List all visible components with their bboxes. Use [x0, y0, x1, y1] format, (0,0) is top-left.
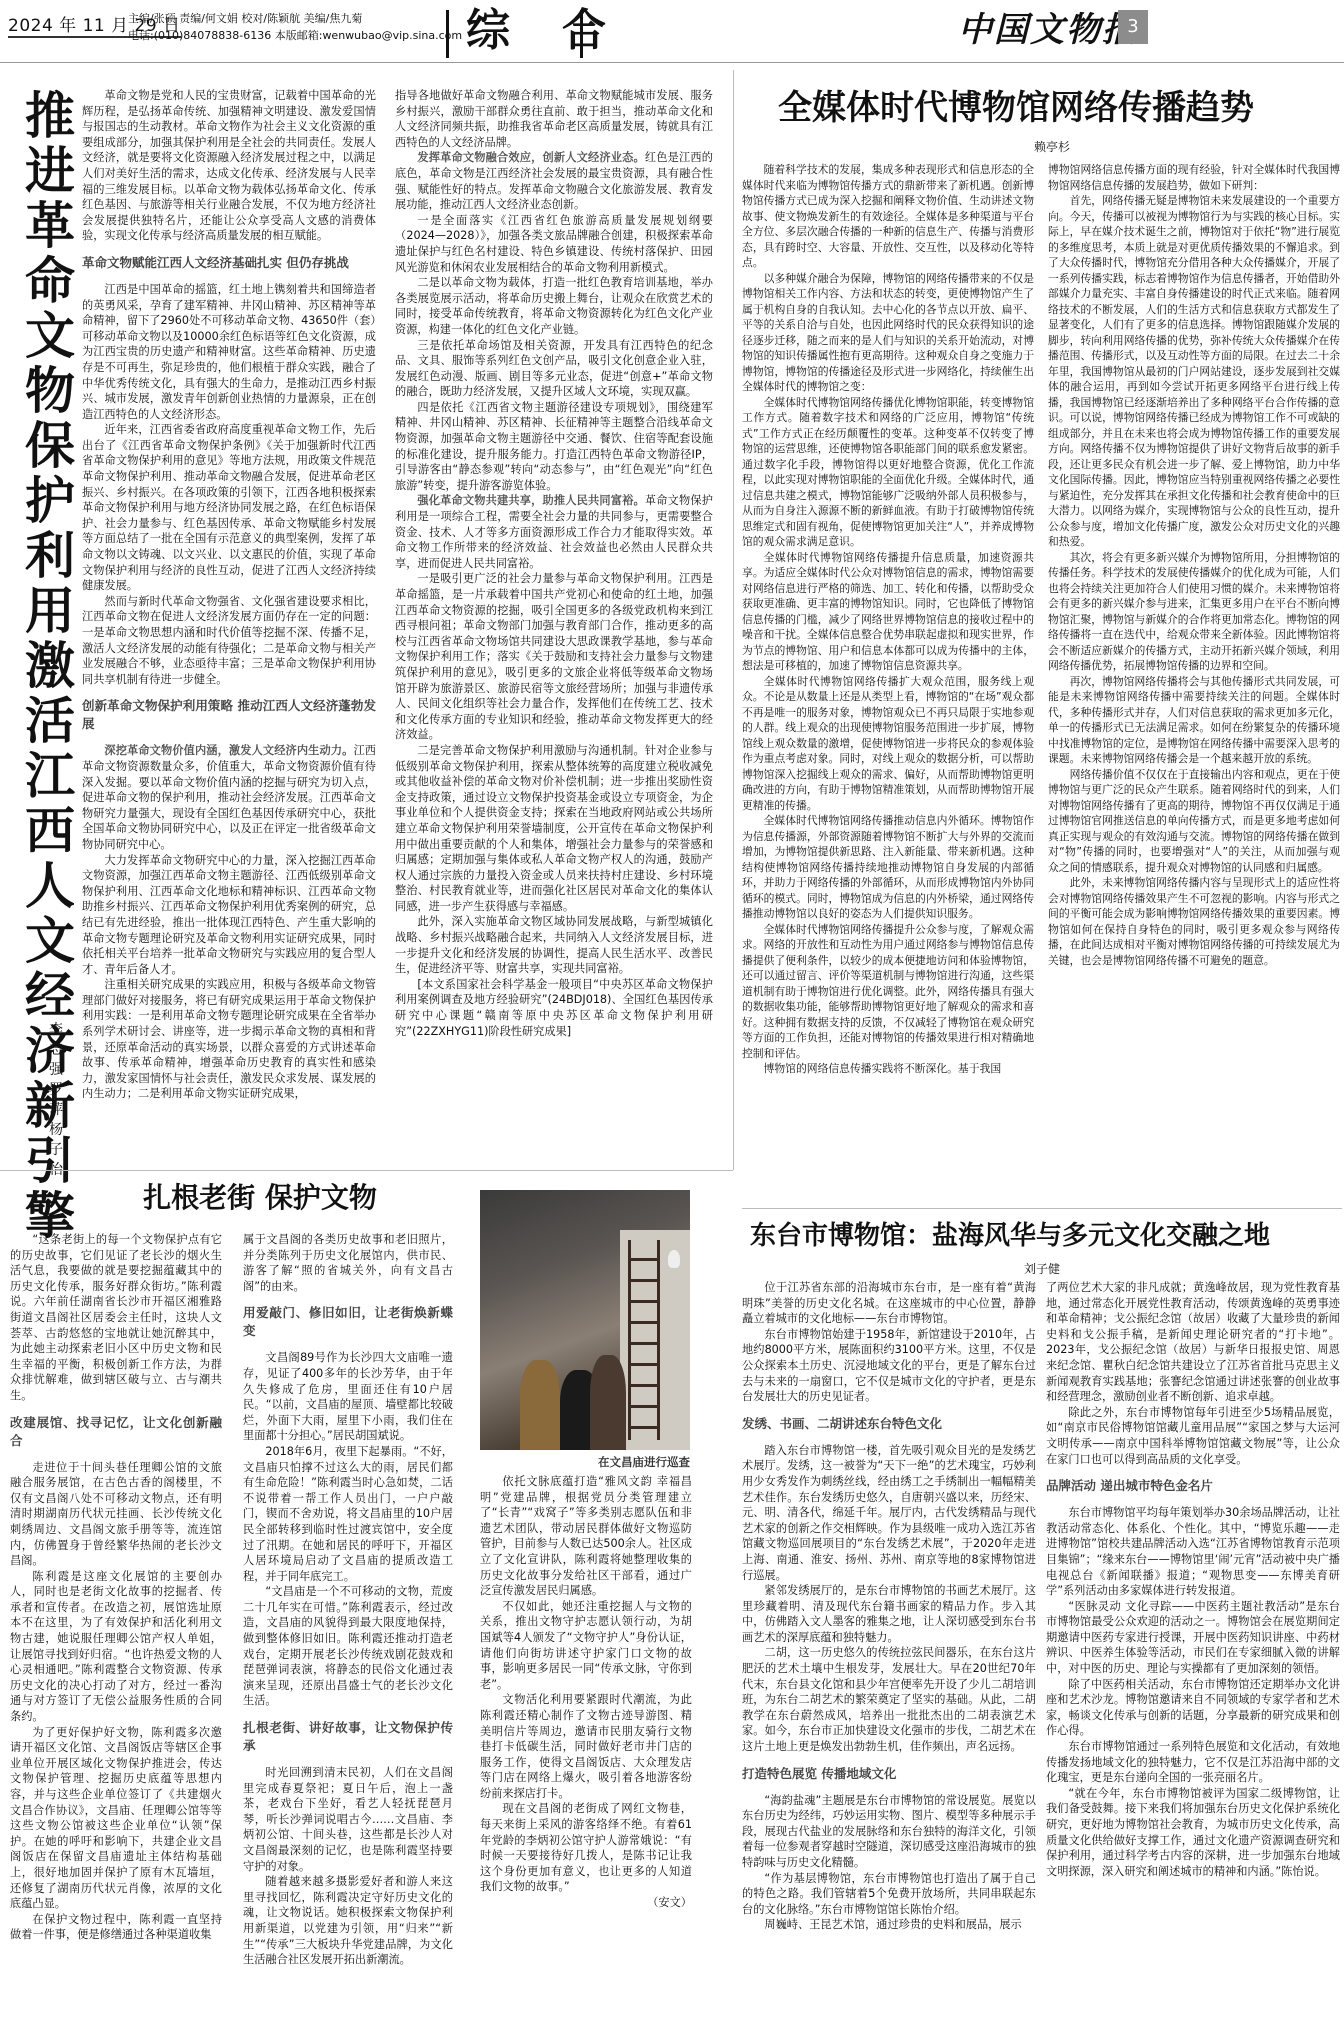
paragraph-text: 位于江苏省东部的沿海城市东台市，是一座有着“黄海明珠”美誉的历史文化名城。在这座… [742, 1281, 1036, 1325]
paragraph-text: “海韵盐魂”主题展是东台市博物馆的常设展览。展览以东台历史为经纬，巧妙运用实物、… [742, 1794, 1036, 1869]
paragraph: 除了中医药相关活动，东台市博物馆还定期举办文化讲座和艺术沙龙。博物馆邀请来自不同… [1046, 1677, 1340, 1739]
subheading: 改建展馆、找寻记忆，让文化创新融合 [10, 1414, 222, 1450]
article-signature: （安文） [480, 1895, 692, 1911]
subheading: 品牌活动 递出城市特色金名片 [1046, 1477, 1340, 1495]
paragraph-text: 文昌阁89号作为长沙四大文庙唯一遗存，见证了400多年的长沙芳华，由于年久失修成… [243, 1351, 453, 1442]
photo-ladder [628, 1240, 660, 1440]
article4-column-1: 位于江苏省东部的沿海城市东台市，是一座有着“黄海明珠”美誉的历史文化名城。在这座… [742, 1280, 1036, 1933]
paragraph: 为了更好保护好文物，陈利霞多次邀请开福区文化馆、文昌阁饭店等辖区企事业单位开展区… [10, 1725, 222, 1912]
subheading: 用爱敲门、修旧如旧，让老街焕新蝶变 [243, 1304, 453, 1340]
paragraph: 二胡，这一历史悠久的传统拉弦民间器乐，在东台这片肥沃的艺术土壤中生根发芽，发展壮… [742, 1645, 1036, 1754]
subheading: 革命文物赋能江西人文经济基础扎实 但仍存挑战 [82, 254, 376, 272]
paragraph: 首先，网络传播无疑是博物馆未来发展建设的一个重要方向。今天，传播可以被视为博物馆… [1048, 193, 1340, 550]
paragraph-text: 近年来，江西省委省政府高度重视革命文物工作，先后出台了《江西省革命文物保护条例》… [82, 423, 376, 592]
paragraph: 东台市博物馆始建于1958年，新馆建设于2010年，占地约8000平方米，展陈面… [742, 1327, 1036, 1405]
paragraph: “文昌庙是一个不可移动的文物，荒废二十几年实在可惜。”陈利霞表示，经过改造，文昌… [243, 1584, 453, 1709]
page-number-badge: 3 [1118, 10, 1148, 44]
paragraph: 深挖革命文物价值内涵，激发人文经济内生动力。江西革命文物资源数量众多，价值重大，… [82, 743, 376, 852]
paragraph: 注重相关研究成果的实践应用，积极与各级革命文物管理部门做好对接服务，将已有研究成… [82, 977, 376, 1102]
paragraph: 一是全面落实《江西省红色旅游高质量发展规划纲要（2024—2028）》，加强各类… [395, 213, 713, 275]
paragraph: “作为基层博物馆，东台市博物馆也打造出了属于自己的特色之路。我们管辖着5个免费开… [742, 1871, 1036, 1918]
photo-lamp [668, 1250, 680, 1268]
paragraph-text: “就在今年，东台市博物馆被评为国家二级博物馆，让我们备受鼓舞。接下来我们将加强东… [1046, 1787, 1340, 1878]
editorial-credits: 主编/张硕 责编/何文娟 校对/陈颖航 美编/焦九菊 电话:(010)84078… [128, 10, 462, 44]
paragraph: “就在今年，东台市博物馆被评为国家二级博物馆，让我们备受鼓舞。接下来我们将加强东… [1046, 1786, 1340, 1880]
paragraph: 陈利霞是这座文化展馆的主要创办人，同时也是老街文化故事的挖掘者、传承者和宣传者。… [10, 1569, 222, 1725]
masthead-divider-right [580, 10, 583, 58]
paragraph-text: “作为基层博物馆，东台市博物馆也打造出了属于自己的特色之路。我们管辖着5个免费开… [742, 1872, 1036, 1916]
subheading: 打造特色展览 传播地域文化 [742, 1765, 1036, 1783]
section-divider-right [742, 1208, 1342, 1209]
article3-column-3: 依托文脉底蕴打造“雅风文韵 幸福昌明”党建品牌，根据党员分类管理建立了“长青”“… [480, 1474, 692, 1911]
credits-contact: 电话:(010)84078838-6136 本版邮箱:wenwubao@vip.… [128, 27, 462, 44]
article1-column-2: 指导各地做好革命文物融合利用、革命文物赋能城市发展、服务乡村振兴，激励干部群众勇… [395, 88, 713, 1039]
paragraph-text: 江西是中国革命的摇篮，红土地上镌刻着共和国缔造者的英勇风采，孕育了建军精神、井冈… [82, 283, 376, 421]
paragraph-text: 属于文昌阁的各类历史故事和老旧照片，并分类陈列于历史文化展馆内，供市民、游客了解… [243, 1233, 453, 1293]
paragraph-text: 大力发挥革命文物研究中心的力量，深入挖掘江西革命文物资源，加强江西革命文物主题游… [82, 854, 376, 976]
paragraph-text: 时光回溯到清末民初，人们在文昌阁里完成春夏祭祀；夏日午后，泡上一盏茶，老戏台下坐… [243, 1766, 453, 1873]
lead-phrase: 深挖革命文物价值内涵，激发人文经济内生动力。 [104, 744, 353, 757]
paragraph-text: 陈利霞是这座文化展馆的主要创办人，同时也是老街文化故事的挖掘者、传承者和宣传者。… [10, 1570, 222, 1723]
paragraph-text: 除了中医药相关活动，东台市博物馆还定期举办文化讲座和艺术沙龙。博物馆邀请来自不同… [1046, 1678, 1340, 1738]
paragraph: 不仅如此，她还注重挖掘人与文物的关系，推出文物守护志愿认领行动，为胡国斌等4人颁… [480, 1599, 692, 1693]
paragraph: 现在文昌阁的老街成了网红文物巷，每天来街上采风的游客络绎不绝。有着61年党龄的李… [480, 1801, 692, 1895]
paragraph-text: 现在文昌阁的老街成了网红文物巷，每天来街上采风的游客络绎不绝。有着61年党龄的李… [480, 1802, 692, 1893]
paragraph-text: 一是吸引更广泛的社会力量参与革命文物保护利用。江西是革命摇篮，是一片承载着中国共… [395, 572, 713, 741]
paragraph-text: 江西革命文物资源数量众多，价值重大，革命文物资源价值有待深入发掘。要以革命文物价… [82, 744, 376, 851]
article3-column-2: 属于文昌阁的各类历史故事和老旧照片，并分类陈列于历史文化展馆内，供市民、游客了解… [243, 1232, 453, 1968]
paragraph: 二是以革命文物为载体，打造一批红色教育培训基地，举办各类展览展示活动，将革命历史… [395, 275, 713, 337]
masthead-rule [0, 62, 1344, 63]
paragraph-text: 2018年6月，夜里下起暴雨。“不好，文昌庙只怕撑不过这么大的雨，居民们都有生命… [243, 1445, 453, 1583]
paragraph: 博物馆网络信息传播方面的现有经验，针对全媒体时代我国博物馆网络信息传播的发展趋势… [1048, 162, 1340, 193]
article1-column-1: 革命文物是党和人民的宝贵财富，记载着中国革命的光辉历程，是弘扬革命传统、加强精神… [82, 88, 376, 1102]
paragraph: 走进位于十间头巷任理卿公馆的文旅融合服务展馆，在古色古香的阁楼里，不仅有文昌阁八… [10, 1460, 222, 1569]
paragraph: 大力发挥革命文物研究中心的力量，深入挖掘江西革命文物资源，加强江西革命文物主题游… [82, 853, 376, 978]
paragraph: 此外，未来博物馆网络传播内容与呈现形式上的适应性将会对博物馆网络传播效果产生不可… [1048, 875, 1340, 968]
paragraph-text: 二是以革命文物为载体，打造一批红色教育培训基地，举办各类展览展示活动，将革命历史… [395, 276, 713, 336]
paragraph-text: 在保护文物过程中，陈利霞一直坚持做着一件事，便是修缮通过各种渠道收集 [10, 1913, 222, 1942]
paragraph: 随着科学技术的发展，集成多种表现形式和信息形态的全媒体时代来临为博物馆传播方式的… [742, 162, 1034, 271]
paragraph: 依托文脉底蕴打造“雅风文韵 幸福昌明”党建品牌，根据党员分类管理建立了“长青”“… [480, 1474, 692, 1599]
paragraph: 时光回溯到清末民初，人们在文昌阁里完成春夏祭祀；夏日午后，泡上一盏茶，老戏台下坐… [243, 1765, 453, 1874]
paragraph: 全媒体时代博物馆网络传播提升信息质量，加速资源共享。为适应全媒体时代公众对博物馆… [742, 550, 1034, 674]
paragraph: 指导各地做好革命文物融合利用、革命文物赋能城市发展、服务乡村振兴，激励干部群众勇… [395, 88, 713, 150]
article4-column-2: 了两位艺术大家的非凡成就；黄逸峰故居，现为党性教育基地，通过常态化开展党性教育活… [1046, 1280, 1340, 1879]
paragraph: 全媒体时代博物馆网络传播提升公众参与度，了解观众需求。网络的开放性和互动性为用户… [742, 922, 1034, 1062]
paragraph-text: 然而与新时代革命文物强省、文化强省建设要求相比，江西革命文物在促进人文经济发展方… [82, 595, 376, 686]
paragraph-text: 不仅如此，她还注重挖掘人与文物的关系，推出文物守护志愿认领行动，为胡国斌等4人颁… [480, 1600, 692, 1691]
paragraph-text: “文昌庙是一个不可移动的文物，荒废二十几年实在可惜。”陈利霞表示，经过改造，文昌… [243, 1585, 453, 1707]
paragraph: 革命文物是党和人民的宝贵财富，记载着中国革命的光辉历程，是弘扬革命传统、加强精神… [82, 88, 376, 244]
article2-byline: 赖亭杉 [760, 138, 1344, 155]
article4-byline: 刘子健 [742, 1260, 1342, 1277]
paragraph: 发挥革命文物融合效应，创新人文经济业态。红色是江西的底色，革命文物是江西经济社会… [395, 150, 713, 212]
paragraph: 紧邻发绣展厅的，是东台市博物馆的书画艺术展厅。这里珍藏着明、清及现代东台籍书画家… [742, 1583, 1036, 1645]
lead-phrase: 强化革命文物共建共享，助推人民共同富裕。 [417, 494, 645, 507]
article3-column-1: “这条老街上的每一个文物保护点有它的历史故事，它们见证了老长沙的烟火生活气息，我… [10, 1232, 222, 1943]
paragraph: 了两位艺术大家的非凡成就；黄逸峰故居，现为党性教育基地，通过常态化开展党性教育活… [1046, 1280, 1340, 1405]
paragraph: 2018年6月，夜里下起暴雨。“不好，文昌庙只怕撑不过这么大的雨，居民们都有生命… [243, 1444, 453, 1584]
paragraph: 踏入东台市博物馆一楼，首先吸引观众目光的是发绣艺术展厅。发绣，这一被誉为“天下一… [742, 1443, 1036, 1583]
paragraph-text: （安文） [647, 1896, 692, 1909]
paragraph: 其次，将会有更多新兴媒介为博物馆所用，分担博物馆的传播任务。科学技术的发展使传播… [1048, 550, 1340, 674]
paragraph: 全媒体时代博物馆网络传播推动信息内外循环。博物馆作为信息传播源，外部资源随着博物… [742, 813, 1034, 922]
paragraph-text: 一是全面落实《江西省红色旅游高质量发展规划纲要（2024—2028）》，加强各类… [395, 214, 713, 274]
paragraph: 周巍峙、王昆艺术馆，通过珍贵的史料和展品，展示 [742, 1917, 1036, 1933]
paragraph: 博物馆的网络信息传播实践将不断深化。基于我国 [742, 1061, 1034, 1077]
paragraph: 文昌阁89号作为长沙四大文庙唯一遗存，见证了400多年的长沙芳华，由于年久失修成… [243, 1350, 453, 1444]
paragraph: 近年来，江西省委省政府高度重视革命文物工作，先后出台了《江西省革命文物保护条例》… [82, 422, 376, 594]
paragraph: 三是依托革命场馆及相关资源，开发具有江西特色的纪念品、文具、服饰等系列红色文创产… [395, 338, 713, 400]
newspaper-logo: 中国文物报 [958, 8, 1138, 52]
paragraph-text: 此外，深入实施革命文物区域协同发展战略，与新型城镇化战略、乡村振兴战略融合起来，… [395, 915, 713, 975]
paragraph-text: 走进位于十间头巷任理卿公馆的文旅融合服务展馆，在古色古香的阁楼里，不仅有文昌阁八… [10, 1461, 222, 1568]
paragraph-text: 随着越来越多摄影爱好者和游人来这里寻找回忆，陈利霞决定守好历史文化的魂，让文物说… [243, 1875, 453, 1966]
section-title: 综合 [466, 6, 658, 56]
paragraph: 全媒体时代博物馆网络传播优化博物馆职能，转变博物馆工作方式。随着数字技术和网络的… [742, 395, 1034, 550]
subheading: 创新革命文物保护利用策略 推动江西人文经济蓬勃发展 [82, 697, 376, 733]
paragraph: 属于文昌阁的各类历史故事和老旧照片，并分类陈列于历史文化展馆内，供市民、游客了解… [243, 1232, 453, 1294]
paragraph: 二是完善革命文物保护利用激励与沟通机制。针对企业参与低级别革命文物保护利用，探索… [395, 743, 713, 915]
paragraph-text: 三是依托革命场馆及相关资源，开发具有江西特色的纪念品、文具、服饰等系列红色文创产… [395, 339, 713, 399]
paragraph-text: 踏入东台市博物馆一楼，首先吸引观众目光的是发绣艺术展厅。发绣，这一被誉为“天下一… [742, 1444, 1036, 1582]
masthead-divider-left [446, 10, 449, 58]
paragraph: 以多种媒介融合为保障，博物馆的网络传播带来的不仅是博物馆相关工作内容、方法和状态… [742, 271, 1034, 395]
paragraph: 文物活化利用要紧跟时代潮流，为此陈利霞还精心制作了文物古迹导游图、精美明信片等周… [480, 1692, 692, 1801]
paragraph: 位于江苏省东部的沿海城市东台市，是一座有着“黄海明珠”美誉的历史文化名城。在这座… [742, 1280, 1036, 1327]
article3-headline: 扎根老街 保护文物 [0, 1178, 520, 1218]
photo-caption: 在文昌庙进行巡查 [480, 1454, 690, 1470]
paragraph: “这条老街上的每一个文物保护点有它的历史故事，它们见证了老长沙的烟火生活气息，我… [10, 1232, 222, 1404]
paragraph-text: 四是依托《江西省文物主题游径建设专项规划》，围绕建军精神、井冈山精神、苏区精神、… [395, 401, 713, 492]
article1-byline: 李志强 罗萍 杨子怡 [46, 1020, 66, 1180]
paragraph-text: 周巍峙、王昆艺术馆，通过珍贵的史料和展品，展示 [764, 1918, 1021, 1931]
paragraph: 全媒体时代博物馆网络传播扩大观众范围，服务线上观众。不论是从数量上还是从类型上看… [742, 674, 1034, 814]
lead-phrase: 发挥革命文物融合效应，创新人文经济业态。 [417, 151, 645, 164]
credits-editors: 主编/张硕 责编/何文娟 校对/陈颖航 美编/焦九菊 [128, 10, 462, 27]
paragraph: 四是依托《江西省文物主题游径建设专项规划》，围绕建军精神、井冈山精神、苏区精神、… [395, 400, 713, 494]
paragraph: 强化革命文物共建共享，助推人民共同富裕。革命文物保护利用是一项综合工程，需要全社… [395, 493, 713, 571]
paragraph: “医脉灵动 文化寻踪——中医药主题社教活动”是东台市博物馆最受公众欢迎的活动之一… [1046, 1599, 1340, 1677]
paragraph: 网络传播价值不仅仅在于直接输出内容和观点，更在于使博物馆与更广泛的民众产生联系。… [1048, 767, 1340, 876]
paragraph-text: 依托文脉底蕴打造“雅风文韵 幸福昌明”党建品牌，根据党员分类管理建立了“长青”“… [480, 1475, 692, 1597]
paragraph-text: [本文系国家社会科学基金一般项目“中央苏区革命文物保护利用案例调查及地方经验研究… [395, 978, 713, 1038]
paragraph-text: 文物活化利用要紧跟时代潮流，为此陈利霞还精心制作了文物古迹导游图、精美明信片等周… [480, 1693, 692, 1800]
subheading: 发绣、书画、二胡讲述东台特色文化 [742, 1415, 1036, 1433]
paragraph: 此外，深入实施革命文物区域协同发展战略，与新型城镇化战略、乡村振兴战略融合起来，… [395, 914, 713, 976]
paragraph: 然而与新时代革命文物强省、文化强省建设要求相比，江西革命文物在促进人文经济发展方… [82, 594, 376, 688]
paragraph-text: 除此之外，东台市博物馆每年引进至少5场精品展览，如“南京市民俗博物馆馆藏儿童用品… [1046, 1406, 1340, 1466]
column-divider [733, 70, 734, 1170]
subheading: 扎根老街、讲好故事，让文物保护传承 [243, 1719, 453, 1755]
article2-column-2: 博物馆网络信息传播方面的现有经验，针对全媒体时代我国博物馆网络信息传播的发展趋势… [1048, 162, 1340, 968]
paragraph-text: “医脉灵动 文化寻踪——中医药主题社教活动”是东台市博物馆最受公众欢迎的活动之一… [1046, 1600, 1340, 1675]
paragraph-text: 二是完善革命文物保护利用激励与沟通机制。针对企业参与低级别革命文物保护利用，探索… [395, 744, 713, 913]
photo-person-3 [590, 1355, 626, 1450]
paragraph: 江西是中国革命的摇篮，红土地上镌刻着共和国缔造者的英勇风采，孕育了建军精神、井冈… [82, 282, 376, 422]
paragraph-text: 了两位艺术大家的非凡成就；黄逸峰故居，现为党性教育基地，通过常态化开展党性教育活… [1046, 1281, 1340, 1403]
paragraph-text: 二胡，这一历史悠久的传统拉弦民间器乐，在东台这片肥沃的艺术土壤中生根发芽，发展壮… [742, 1646, 1036, 1753]
article4-headline: 东台市博物馆：盐海风华与多元文化交融之地 [742, 1216, 1344, 1256]
article3-photo [480, 1190, 690, 1450]
paragraph-text: 东台市博物馆通过一系列特色展览和文化活动，有效地传播发扬地域文化的独特魅力，它不… [1046, 1740, 1340, 1784]
paragraph: 东台市博物馆平均每年策划举办30余场品牌活动，让社教活动常态化、体系化、个性化。… [1046, 1505, 1340, 1599]
paragraph: 一是吸引更广泛的社会力量参与革命文物保护利用。江西是革命摇篮，是一片承载着中国共… [395, 571, 713, 743]
paragraph: [本文系国家社会科学基金一般项目“中央苏区革命文物保护利用案例调查及地方经验研究… [395, 977, 713, 1039]
paragraph: 再次，博物馆网络传播将会与其他传播形式共同发展，可能是未来博物馆网络传播中需要持… [1048, 674, 1340, 767]
paragraph: 随着越来越多摄影爱好者和游人来这里寻找回忆，陈利霞决定守好历史文化的魂，让文物说… [243, 1874, 453, 1968]
paragraph-text: 东台市博物馆平均每年策划举办30余场品牌活动，让社教活动常态化、体系化、个性化。… [1046, 1506, 1340, 1597]
paragraph-text: 指导各地做好革命文物融合利用、革命文物赋能城市发展、服务乡村振兴，激励干部群众勇… [395, 89, 713, 149]
paragraph: “海韵盐魂”主题展是东台市博物馆的常设展览。展览以东台历史为经纬，巧妙运用实物、… [742, 1793, 1036, 1871]
paragraph: 东台市博物馆通过一系列特色展览和文化活动，有效地传播发扬地域文化的独特魅力，它不… [1046, 1739, 1340, 1786]
paragraph-text: 注重相关研究成果的实践应用，积极与各级革命文物管理部门做好对接服务，将已有研究成… [82, 978, 376, 1100]
paragraph: 在保护文物过程中，陈利霞一直坚持做着一件事，便是修缮通过各种渠道收集 [10, 1912, 222, 1943]
section-divider-left [0, 1170, 733, 1171]
paragraph-text: 东台市博物馆始建于1958年，新馆建设于2010年，占地约8000平方米，展陈面… [742, 1328, 1036, 1403]
article2-headline: 全媒体时代博物馆网络传播趋势 [770, 86, 1338, 130]
paragraph-text: 为了更好保护好文物，陈利霞多次邀请开福区文化馆、文昌阁饭店等辖区企事业单位开展区… [10, 1726, 222, 1911]
article2-column-1: 随着科学技术的发展，集成多种表现形式和信息形态的全媒体时代来临为博物馆传播方式的… [742, 162, 1034, 1077]
paragraph: 除此之外，东台市博物馆每年引进至少5场精品展览，如“南京市民俗博物馆馆藏儿童用品… [1046, 1405, 1340, 1467]
paragraph-text: 革命文物是党和人民的宝贵财富，记载着中国革命的光辉历程，是弘扬革命传统、加强精神… [82, 89, 376, 242]
paragraph-text: 紧邻发绣展厅的，是东台市博物馆的书画艺术展厅。这里珍藏着明、清及现代东台籍书画家… [742, 1584, 1036, 1644]
paragraph-text: “这条老街上的每一个文物保护点有它的历史故事，它们见证了老长沙的烟火生活气息，我… [10, 1233, 222, 1402]
photo-person-1 [520, 1360, 560, 1450]
